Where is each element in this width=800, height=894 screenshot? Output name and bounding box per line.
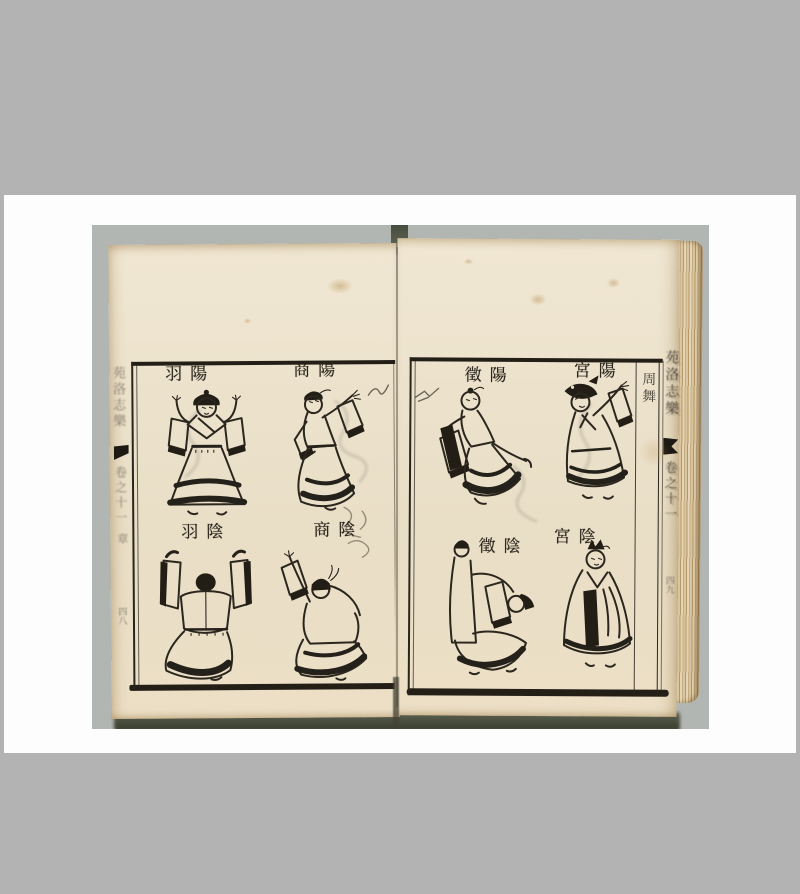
page-gap-shadow bbox=[393, 677, 399, 729]
frame-right-line-outer bbox=[657, 359, 660, 696]
fishtail-mark-left bbox=[114, 445, 129, 460]
frame-bottom-border-right bbox=[407, 688, 669, 697]
dancer-drawing-yang-shang bbox=[267, 383, 394, 518]
figure-label-yin-yu: 羽陰 bbox=[181, 523, 231, 541]
dancer-drawing-yang-yu bbox=[145, 388, 268, 517]
book-photograph: 苑洛志樂 卷之十一 章 四八 羽陽 商陽 羽陰 商陰 bbox=[92, 225, 709, 729]
foxing-stain bbox=[604, 276, 623, 290]
foxing-stain bbox=[632, 430, 676, 474]
dancer-drawing-yang-zhi bbox=[418, 382, 539, 517]
dancer-drawing-yin-shang bbox=[264, 543, 391, 684]
dancer-drawing-yin-yu bbox=[146, 548, 263, 685]
frame-left-line-outer bbox=[408, 357, 412, 695]
foxing-stain bbox=[462, 257, 475, 266]
banxin-volume-left: 卷之十一 bbox=[114, 466, 127, 526]
left-page: 苑洛志樂 卷之十一 章 四八 羽陽 商陽 羽陰 商陰 bbox=[108, 243, 399, 719]
figure-label-yang-yu: 羽陽 bbox=[165, 365, 215, 383]
dancer-drawing-yin-gong bbox=[537, 537, 648, 678]
frame-left-line-inner bbox=[136, 364, 139, 689]
page-number-right: 四九 bbox=[664, 576, 674, 594]
photo-matte: 苑洛志樂 卷之十一 章 四八 羽陽 商陽 羽陰 商陰 bbox=[0, 0, 800, 894]
banxin-marker-left: 章 bbox=[115, 533, 127, 547]
frame-left-line-inner bbox=[413, 359, 416, 693]
banxin-title-left: 苑洛志樂 bbox=[111, 366, 125, 430]
white-panel: 苑洛志樂 卷之十一 章 四八 羽陽 商陽 羽陰 商陰 bbox=[4, 195, 796, 753]
page-gap bbox=[396, 247, 398, 707]
figure-label-yin-shang: 商陰 bbox=[313, 521, 363, 539]
frame-top-border-right bbox=[410, 357, 663, 362]
right-page: 苑洛志樂 卷之十一 四九 周舞 徵陽 宮陽 徵陰 宮陰 bbox=[395, 238, 680, 717]
foxing-stain bbox=[526, 291, 550, 308]
banxin-title-right: 苑洛志樂 bbox=[662, 350, 677, 418]
dancer-drawing-yin-zhi bbox=[425, 530, 542, 679]
foxing-stain bbox=[322, 275, 358, 297]
foxing-stain bbox=[242, 317, 253, 325]
figure-label-yang-shang: 商陽 bbox=[293, 361, 343, 379]
frame-left-line-outer bbox=[131, 362, 135, 691]
page-number-left: 四八 bbox=[117, 607, 127, 625]
